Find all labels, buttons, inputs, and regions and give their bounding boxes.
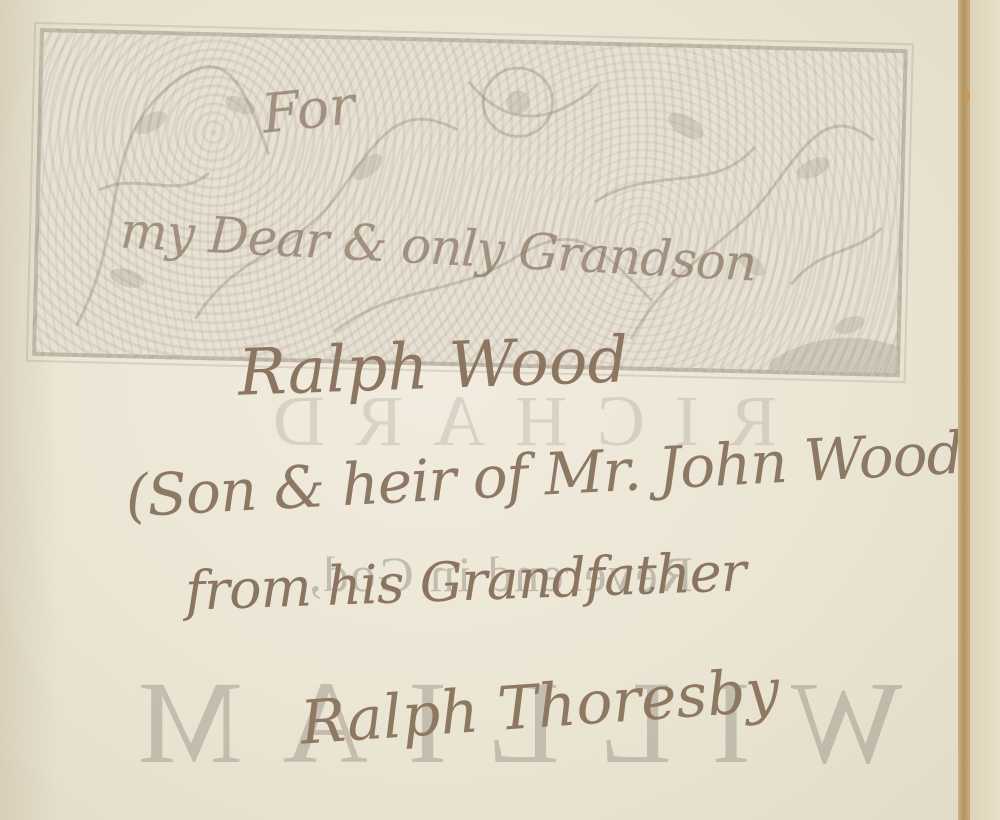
facing-page-edge bbox=[970, 0, 1000, 820]
inscription-line-recipient: Ralph Wood bbox=[237, 323, 630, 411]
inscription-line-for: For bbox=[259, 73, 358, 145]
book-binding-edge bbox=[958, 0, 970, 820]
book-page: RICHARD Reverend in God, WILLIAM bbox=[0, 0, 958, 820]
floral-ornament-icon bbox=[36, 32, 904, 373]
engraved-headpiece bbox=[32, 28, 908, 377]
foxing-spot bbox=[962, 90, 970, 102]
